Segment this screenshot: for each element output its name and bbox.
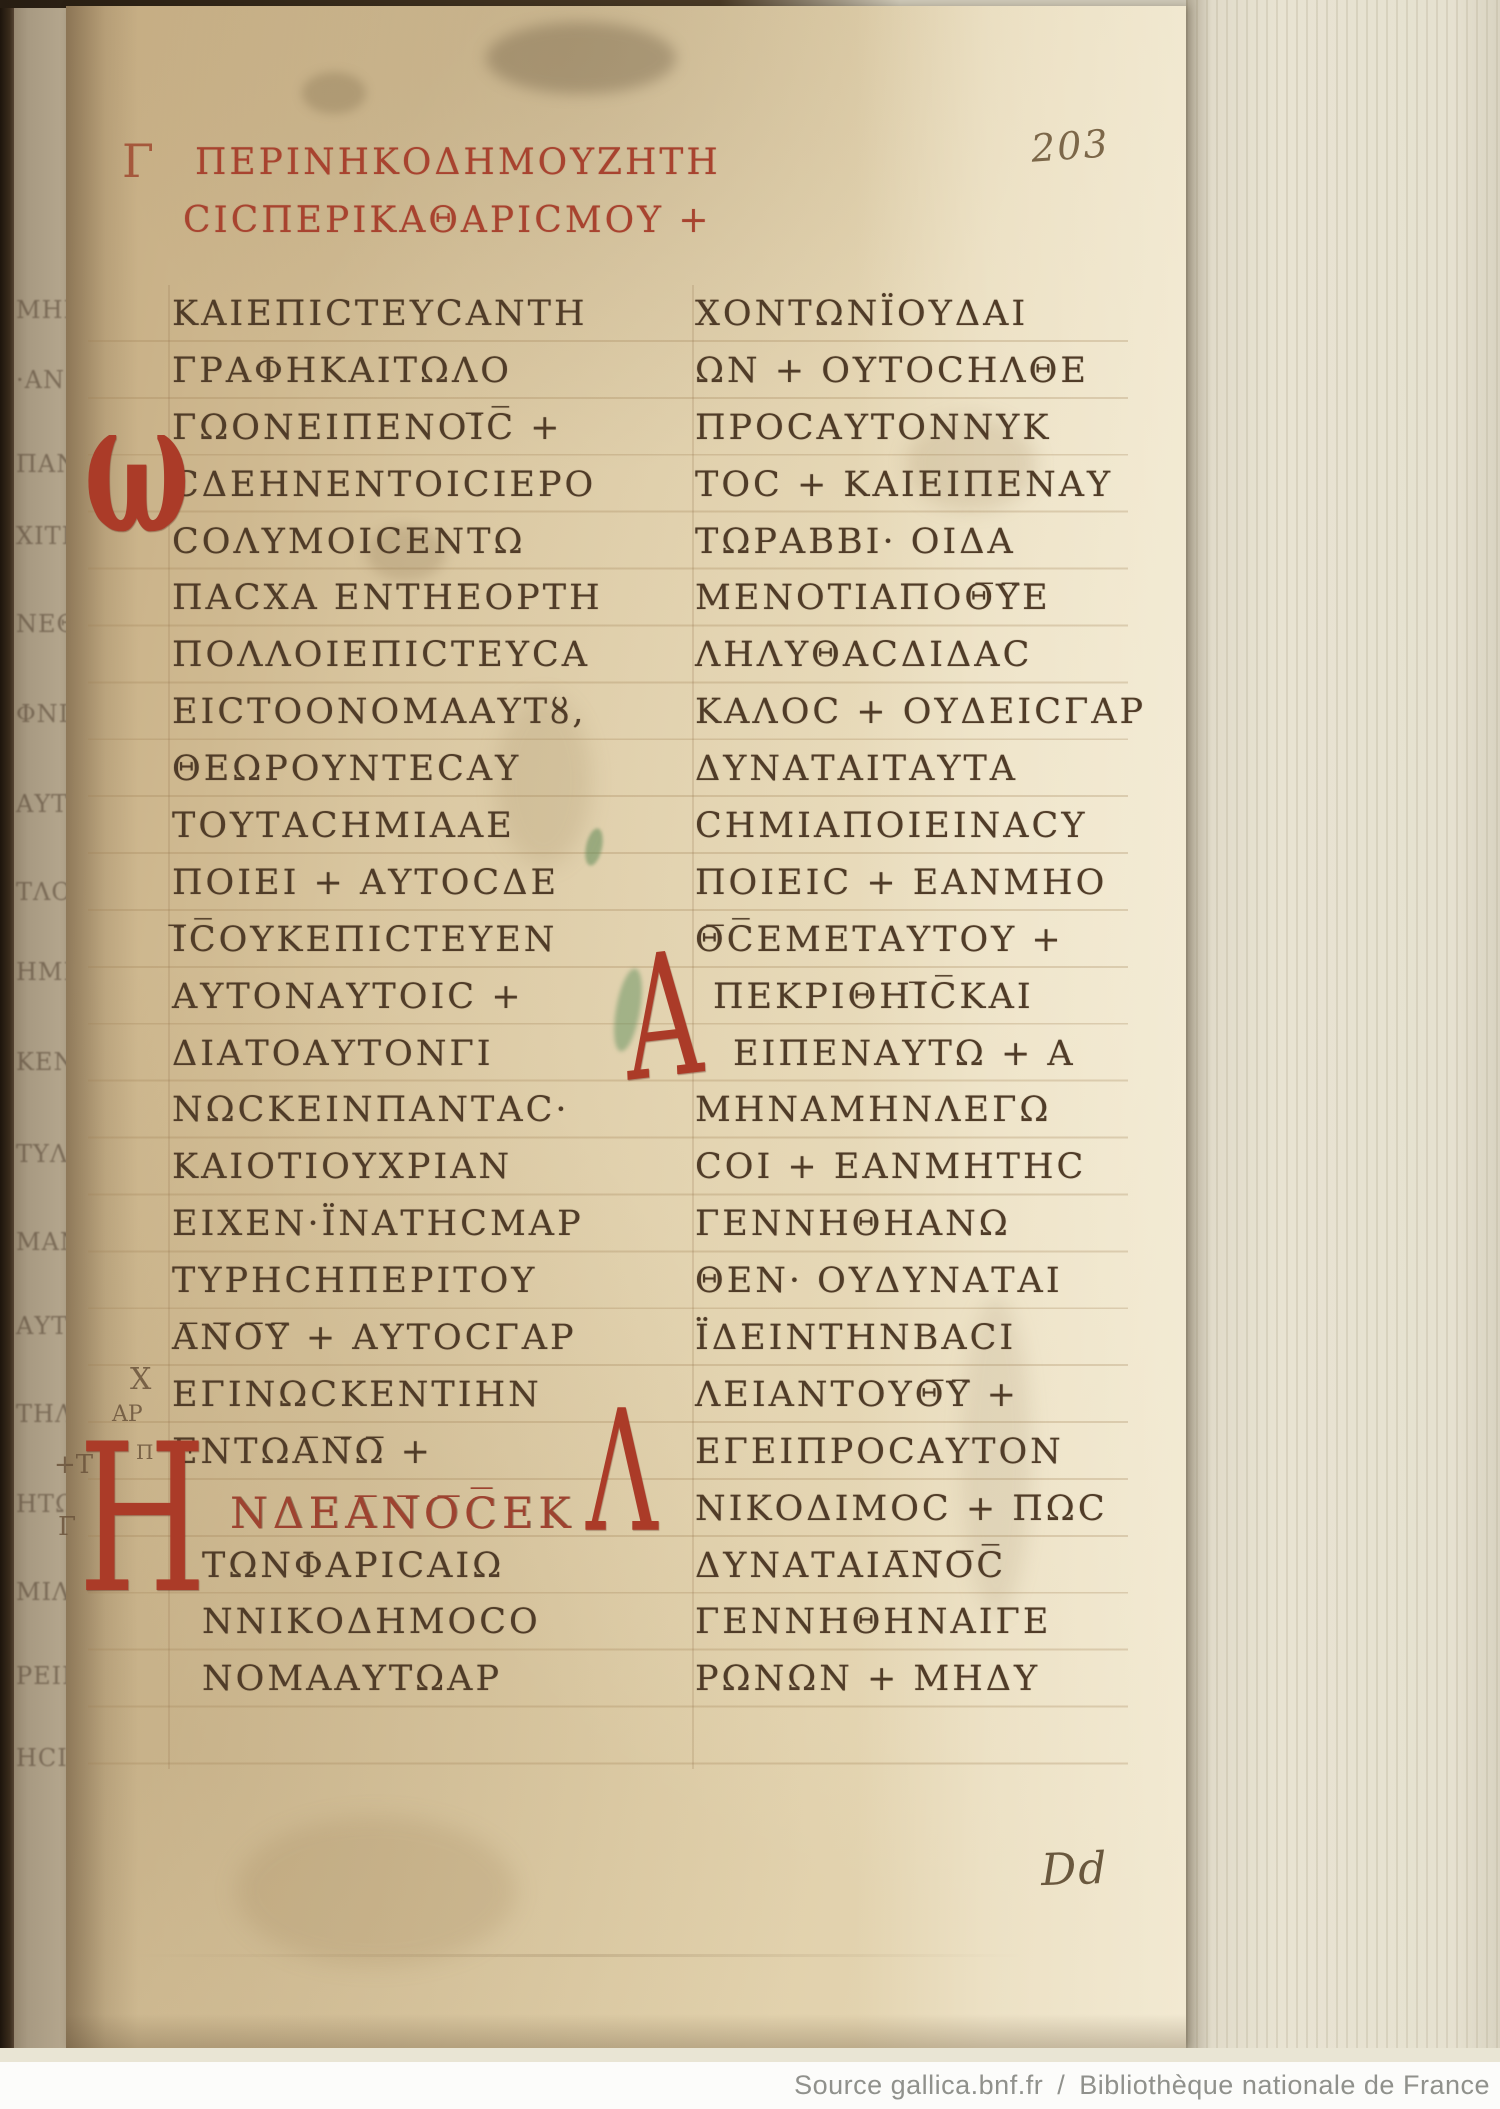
bleed-text-fragment: ΦΝΙΚ <box>16 700 66 728</box>
text-line: ΓΩΟΝΕΙΠΕΝΟΙ̅C̅ + <box>172 408 642 465</box>
text-line: ΠΕΚΡΙΘΗΙ̅C̅ΚΑΙ <box>695 977 1165 1034</box>
footer-separator: / <box>1057 2070 1065 2100</box>
text-line: ΝΙΚΟΔΙΜΟC + ΠΩC <box>695 1489 1165 1546</box>
bleed-text-fragment: ΤΥΛ <box>16 1140 66 1168</box>
folio-number: 203 <box>1030 121 1111 170</box>
text-line: ΝΟΜΑΑΥΤΩΑΡ <box>172 1659 642 1716</box>
text-line: ΕΙΧΕΝ·ΪΝΑΤΗCΜΑΡ <box>172 1204 642 1261</box>
text-line: ΕΓΙΝΩCΚΕΝΤΙΗΝ <box>172 1375 642 1432</box>
parchment-crease <box>126 1954 1026 1957</box>
text-line: ΕΝΤΩΑ̅Ν̅Ω̅ + <box>172 1432 642 1489</box>
binding-edge <box>0 0 14 2048</box>
initial-omega: ω <box>84 374 190 559</box>
bleed-text-fragment: ΗΜΕ <box>16 958 66 986</box>
text-line: ΑΥΤΟΝΑΥΤΟΙC + <box>172 977 642 1034</box>
text-line: ΝΝΙΚΟΔΗΜΟCΟ <box>172 1602 642 1659</box>
bleed-text-fragment: ΝΕΘ <box>16 610 66 638</box>
text-line: ΜΕΝΟΤΙΑΠΟΘ̅Υ̅Ε <box>695 578 1165 635</box>
bleed-text-fragment: ΗCΙΛ <box>16 1744 66 1772</box>
text-line: ΩΝ + ΟΥΤΟCΗΛΘΕ <box>695 351 1165 408</box>
text-line: ΤΥΡΗCΗΠΕΡΙΤΟΥ <box>172 1261 642 1318</box>
rubric-title-line-1: ΠΕΡΙΝΗΚΟΔΗΜΟΥΖΗΤΗ <box>195 142 721 183</box>
text-line: ΜΗΝΑΜΗΝΛΕΓΩ <box>695 1090 1165 1147</box>
text-line: CΟΙ + ΕΑΝΜΗΤΗC <box>695 1147 1165 1204</box>
page-stack-shadow <box>1186 0 1212 2048</box>
rubric-title-line-2: CΙCΠΕΡΙΚΑΘΑΡΙCΜΟΥ + <box>183 200 712 241</box>
text-line: ΘΕΝ· ΟΥΔΥΝΑΤΑΙ <box>695 1261 1165 1318</box>
bleed-text-fragment: ΚΕΝΑ <box>16 1048 66 1076</box>
margin-mark: ΑΡ <box>112 1402 143 1427</box>
text-column-right: ΧΟΝΤΩΝΪΟΥΔΑΙΩΝ + ΟΥΤΟCΗΛΘΕΠΡΟCΑΥΤΟΝΝΥΚΤΟ… <box>695 294 1165 1716</box>
text-line: ΓΕΝΝΗΘΗΑΝΩ <box>695 1204 1165 1261</box>
text-line: ΚΑΙΟΤΙΟΥΧΡΙΑΝ <box>172 1147 642 1204</box>
text-line: ΛΗΛΥΘΑCΔΙΔΑC <box>695 635 1165 692</box>
footer-upper-strip <box>0 2048 1500 2062</box>
text-line: ΠΟΛΛΟΙΕΠΙCΤΕΥCΑ <box>172 635 642 692</box>
text-line: ΕΙCΤΟΟΝΟΜΑΑΥΤȣ, <box>172 692 642 749</box>
text-line: ΕΓΕΙΠΡΟCΑΥΤΟΝ <box>695 1432 1165 1489</box>
margin-mark: +Τ <box>54 1450 93 1480</box>
initial-alpha: Α <box>622 927 705 1106</box>
text-line: ΔΥΝΑΤΑΙΤΑΥΤΑ <box>695 749 1165 806</box>
bleed-text-fragment: ΧΙΤΙ <box>16 522 66 550</box>
text-line: CΔΕΗΝΕΝΤΟΙCΙΕΡΟ <box>172 465 642 522</box>
text-line: ΓΡΑΦΗΚΑΙΤΩΛΟ <box>172 351 642 408</box>
margin-mark: Γ <box>122 134 154 188</box>
stain <box>236 1816 516 1966</box>
manuscript-page: ΠΕΡΙΝΗΚΟΔΗΜΟΥΖΗΤΗ CΙCΠΕΡΙΚΑΘΑΡΙCΜΟΥ + 20… <box>66 6 1186 2048</box>
bleed-text-fragment: ΜΙΛΗ <box>16 1578 66 1606</box>
text-line: ΚΑΛΟC + ΟΥΔΕΙCΓΑΡ <box>695 692 1165 749</box>
text-line: ΛΕΙΑΝΤΟΥΘ̅Υ̅ + <box>695 1375 1165 1432</box>
quire-signature: Dd <box>1040 1843 1109 1896</box>
stain <box>486 22 676 94</box>
text-line: ΡΩΝΩΝ + ΜΗΔΥ <box>695 1659 1165 1716</box>
stain <box>302 72 366 114</box>
text-line: ΔΙΑΤΟΑΥΤΟΝΓΙ <box>172 1034 642 1091</box>
text-line: ΤΟC + ΚΑΙΕΙΠΕΝΑΥ <box>695 465 1165 522</box>
facing-page-fragment: ΜΗΓΑ·ΑΝΠΑΝΔΙΧΙΤΙΝΕΘΦΝΙΚΑΥΤΛΤΛΟΕΗΜΕΚΕΝΑΤΥ… <box>8 0 66 2048</box>
text-line: CΟΛΥΜΟΙCΕΝΤΩ <box>172 522 642 579</box>
text-line: ΚΑΙΕΠΙCΤΕΥCΑΝΤΗ <box>172 294 642 351</box>
text-line: ΝΩCΚΕΙΝΠΑΝΤΑC· <box>172 1090 642 1147</box>
page-stack-edge <box>1186 0 1500 2048</box>
institution-name: Bibliothèque nationale de France <box>1079 2070 1490 2100</box>
text-line: Α̅Ν̅Ο̅Υ̅ + ΑΥΤΟCΓΑΡ <box>172 1318 642 1375</box>
text-line: ΘΕΩΡΟΥΝΤΕCΑΥ <box>172 749 642 806</box>
text-line: ΠΟΙΕΙ + ΑΥΤΟCΔΕ <box>172 863 642 920</box>
text-line: ΠΑCΧΑ ΕΝΤΗΕΟΡΤΗ <box>172 578 642 635</box>
margin-mark: Π <box>136 1440 153 1464</box>
margin-mark: Γ <box>58 1512 76 1542</box>
text-line: ΓΕΝΝΗΘΗΝΑΙΓΕ <box>695 1602 1165 1659</box>
text-line: ΝΔΕΑ̅Ν̅Ο̅C̅ΕΚ <box>172 1489 642 1546</box>
bleed-text-fragment: ΤΗΛΘ <box>16 1400 66 1428</box>
text-line: ΤΩΡΑΒΒΙ· ΟΙΔΑ <box>695 522 1165 579</box>
bleed-text-fragment: ΤΛΟΕ <box>16 878 66 906</box>
text-line: Ι̅C̅ΟΥΚΕΠΙCΤΕΥΕΝ <box>172 920 642 977</box>
text-line: ΠΡΟCΑΥΤΟΝΝΥΚ <box>695 408 1165 465</box>
bleed-text-fragment: ΑΥΤΛ <box>16 790 66 818</box>
text-line: ΕΙΠΕΝΑΥΤΩ + Α <box>695 1034 1165 1091</box>
text-column-left: ΚΑΙΕΠΙCΤΕΥCΑΝΤΗΓΡΑΦΗΚΑΙΤΩΛΟΓΩΟΝΕΙΠΕΝΟΙ̅C… <box>172 294 642 1716</box>
bleed-text-fragment: ΜΑΝΤ <box>16 1228 66 1256</box>
bleed-text-fragment: ΑΥΤΗ <box>16 1312 66 1340</box>
text-line: ΪΔΕΙΝΤΗΝΒΑCΙ <box>695 1318 1165 1375</box>
gallica-footer: Source gallica.bnf.fr/Bibliothèque natio… <box>0 2062 1500 2109</box>
margin-mark: Χ <box>130 1362 151 1397</box>
bleed-text-fragment: ΠΑΝΔΙ <box>16 450 66 478</box>
text-line: CΗΜΙΑΠΟΙΕΙΝΑCΥ <box>695 806 1165 863</box>
initial-lambda: Λ <box>586 1388 658 1556</box>
text-line: ΧΟΝΤΩΝΪΟΥΔΑΙ <box>695 294 1165 351</box>
bleed-text-fragment: ·ΑΝ <box>16 366 65 394</box>
text-line: ΔΥΝΑΤΑΙΑ̅Ν̅Ο̅C̅ <box>695 1546 1165 1603</box>
bleed-text-fragment: ΜΗΓΑ <box>16 296 66 324</box>
text-line: ΠΟΙΕΙC + ΕΑΝΜΗΟ <box>695 863 1165 920</box>
text-line: ΤΟΥΤΑCΗΜΙΑΑΕ <box>172 806 642 863</box>
manuscript-photo: ΜΗΓΑ·ΑΝΠΑΝΔΙΧΙΤΙΝΕΘΦΝΙΚΑΥΤΛΤΛΟΕΗΜΕΚΕΝΑΤΥ… <box>0 0 1500 2109</box>
source-attribution: Source gallica.bnf.fr <box>794 2070 1043 2100</box>
bleed-text-fragment: ΡΕΙΜ <box>16 1662 66 1690</box>
text-line: ΤΩΝΦΑΡΙCΑΙΩ <box>172 1546 642 1603</box>
text-line: Θ̅C̅ΕΜΕΤΑΥΤΟΥ + <box>695 920 1165 977</box>
